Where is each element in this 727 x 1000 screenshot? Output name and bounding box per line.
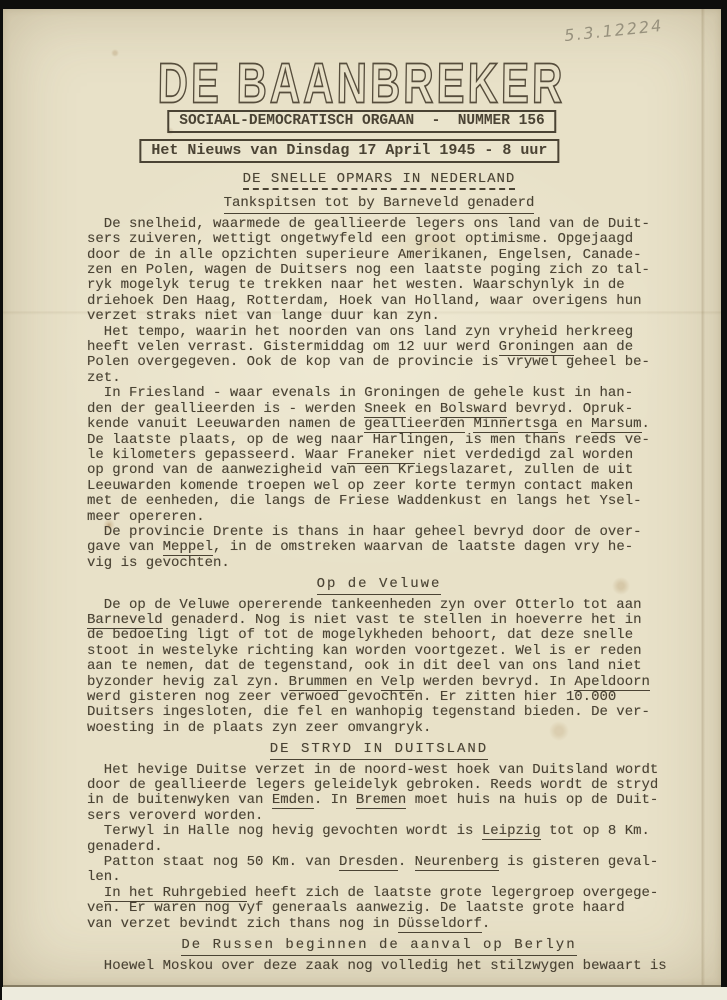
text-run: sers veroverd worden. bbox=[87, 808, 263, 824]
text-run: De provincie Drente is thans in haar geh… bbox=[87, 524, 642, 540]
text-line: op grond van de aanwezigheid van een Kri… bbox=[87, 463, 671, 478]
text-line: De op de Veluwe opererende tankeenheden … bbox=[87, 598, 671, 613]
text-line: kende vanuit Leeuwarden namen de geallie… bbox=[87, 417, 671, 432]
text-line: ryk mogelyk terug te trekken naar het we… bbox=[87, 278, 671, 293]
text-run: Terwyl in Halle nog hevig gevochten word… bbox=[87, 823, 482, 839]
text-line: stoot in westelyke richting kan worden v… bbox=[87, 644, 671, 659]
text-line: Leeuwarden komende troepen wel op zeer k… bbox=[87, 479, 671, 494]
text-run: Polen overgegeven. Ook de kop van de pro… bbox=[87, 354, 650, 370]
section-heading: Op de Veluwe bbox=[317, 577, 442, 594]
text-run: werden bevryd. In bbox=[415, 674, 575, 690]
text-run: verzet straks niet van lange duur kan zy… bbox=[87, 308, 440, 324]
text-run: sers zuiveren, wettigt ongetwyfeld een g… bbox=[87, 231, 633, 247]
text-run: . bbox=[482, 916, 490, 932]
text-run: len. bbox=[87, 869, 121, 885]
text-line: van verzet bevindt zich thans nog in Düs… bbox=[87, 917, 671, 932]
background-surface bbox=[2, 987, 727, 1000]
text-run: de bedoeling ligt of tot de mogelykheden… bbox=[87, 627, 633, 643]
text-run: DE SNELLE OPMARS IN NEDERLAND bbox=[243, 171, 516, 187]
text-line: Terwyl in Halle nog hevig gevochten word… bbox=[87, 824, 671, 839]
text-run: De op de Veluwe opererende tankeenheden … bbox=[87, 597, 642, 613]
text-line: in de buitenwyken van Emden. In Bremen m… bbox=[87, 793, 671, 808]
text-run: driehoek Den Haag, Rotterdam, Hoek van H… bbox=[87, 293, 642, 309]
section-heading: De Russen beginnen de aanval op Berlyn bbox=[181, 938, 576, 955]
underlined-term: Emden bbox=[272, 792, 314, 809]
text-run: aan te nemen, dat de tegenstand, ook in … bbox=[87, 658, 642, 674]
text-run: is gisteren geval- bbox=[499, 854, 659, 870]
paragraph: Patton staat nog 50 Km. van Dresden. Neu… bbox=[87, 855, 671, 886]
text-run: . bbox=[642, 416, 650, 432]
text-run: heeft zich de laatste grote legergroep o… bbox=[247, 885, 659, 901]
document-body: DE SNELLE OPMARS IN NEDERLANDTankspitsen… bbox=[87, 172, 671, 974]
text-line: verzet straks niet van lange duur kan zy… bbox=[87, 309, 671, 324]
paragraph: In Friesland - waar evenals in Groningen… bbox=[87, 386, 671, 525]
text-line: Het tempo, waarin het noorden van ons la… bbox=[87, 325, 671, 340]
text-line: De snelheid, waarmede de geallieerde leg… bbox=[87, 217, 671, 232]
text-run: . bbox=[398, 854, 415, 870]
text-run: van verzet bevindt zich thans nog in bbox=[87, 916, 398, 932]
text-run: DE STRYD IN DUITSLAND bbox=[270, 741, 488, 757]
paragraph: Terwyl in Halle nog hevig gevochten word… bbox=[87, 824, 671, 855]
text-line: meer opereren. bbox=[87, 510, 671, 525]
section-heading: DE SNELLE OPMARS IN NEDERLAND bbox=[243, 172, 516, 190]
text-line: sers zuiveren, wettigt ongetwyfeld een g… bbox=[87, 232, 671, 247]
text-run: moet huis na huis op de Duit- bbox=[406, 792, 658, 808]
text-line: de bedoeling ligt of tot de mogelykheden… bbox=[87, 628, 671, 643]
paragraph: Het tempo, waarin het noorden van ons la… bbox=[87, 325, 671, 387]
text-line: In het Ruhrgebied heeft zich de laatste … bbox=[87, 886, 671, 901]
text-run: De laatste plaats, op de weg naar Harlin… bbox=[87, 432, 650, 448]
text-run: den der geallieerden is - werden bbox=[87, 401, 364, 417]
text-line: Hoewel Moskou over deze zaak nog volledi… bbox=[87, 959, 671, 974]
text-run: De Russen beginnen de aanval op Berlyn bbox=[181, 937, 576, 953]
paragraph: Hoewel Moskou over deze zaak nog volledi… bbox=[87, 959, 671, 974]
text-line: len. bbox=[87, 870, 671, 885]
text-line: De laatste plaats, op de weg naar Harlin… bbox=[87, 433, 671, 448]
text-run: Hoewel Moskou over deze zaak nog volledi… bbox=[87, 958, 667, 974]
text-run: stoot in westelyke richting kan worden v… bbox=[87, 643, 642, 659]
text-line: woesting in de plaats zyn zeer omvangryk… bbox=[87, 721, 671, 736]
organ-number-box: SOCIAAL-DEMOCRATISCH ORGAAN - NUMMER 156 bbox=[167, 110, 556, 133]
text-run: in de buitenwyken van bbox=[87, 792, 272, 808]
text-run: zet. bbox=[87, 370, 121, 386]
text-run: zen en Polen, wagen de Duitsers nog een … bbox=[87, 262, 650, 278]
paragraph: Het hevige Duitse verzet in de noord-wes… bbox=[87, 763, 671, 825]
text-line: Patton staat nog 50 Km. van Dresden. Neu… bbox=[87, 855, 671, 870]
underlined-term: Düsseldorf bbox=[398, 916, 482, 933]
underlined-term: Neurenberg bbox=[415, 854, 499, 871]
photographed-page: 5.3.12224 DE BAANBREKER SOCIAAL-DEMOCRAT… bbox=[0, 0, 727, 1000]
text-run: heeft velen verrast. Gistermiddag om 12 … bbox=[87, 339, 499, 355]
text-run: kende vanuit Leeuwarden namen de bbox=[87, 416, 364, 432]
paragraph: De op de Veluwe opererende tankeenheden … bbox=[87, 598, 671, 737]
text-run: genaderd. bbox=[87, 839, 163, 855]
section-heading: Tankspitsen tot by Barneveld genaderd bbox=[224, 196, 535, 213]
text-run: tot op 8 Km. bbox=[541, 823, 650, 839]
text-line: zet. bbox=[87, 371, 671, 386]
text-line: aan te nemen, dat de tegenstand, ook in … bbox=[87, 659, 671, 674]
text-run: De snelheid, waarmede de geallieerde leg… bbox=[87, 216, 650, 232]
text-run bbox=[87, 885, 104, 901]
text-run: Duitsers ingesloten, die fel en wanhopig… bbox=[87, 704, 650, 720]
text-run: aan de bbox=[574, 339, 633, 355]
paragraph: In het Ruhrgebied heeft zich de laatste … bbox=[87, 886, 671, 932]
underlined-term: Leipzig bbox=[482, 823, 541, 840]
text-line: sers veroverd worden. bbox=[87, 809, 671, 824]
text-line: door de in alle opzichten superieure Ame… bbox=[87, 248, 671, 263]
text-run: In Friesland - waar evenals in Groningen… bbox=[87, 385, 633, 401]
text-run: woesting in de plaats zyn zeer omvangryk… bbox=[87, 720, 431, 736]
paragraph: De snelheid, waarmede de geallieerde leg… bbox=[87, 217, 671, 325]
text-line: Duitsers ingesloten, die fel en wanhopig… bbox=[87, 705, 671, 720]
text-run: op grond van de aanwezigheid van een Kri… bbox=[87, 462, 633, 478]
text-line: gave van Meppel, in de omstreken waarvan… bbox=[87, 540, 671, 555]
text-line: ven. Er waren nog vyf generaals aanwezig… bbox=[87, 901, 671, 916]
text-line: met de eenheden, die langs de Friese Wad… bbox=[87, 494, 671, 509]
underlined-term: Bremen bbox=[356, 792, 406, 809]
text-run: en bbox=[406, 401, 440, 417]
text-run: . In bbox=[314, 792, 356, 808]
text-run: ryk mogelyk terug te trekken naar het we… bbox=[87, 277, 625, 293]
date-edition-box: Het Nieuws van Dinsdag 17 April 1945 - 8… bbox=[139, 139, 559, 163]
text-run: meer opereren. bbox=[87, 509, 205, 525]
text-run: Tankspitsen tot by Barneveld genaderd bbox=[224, 195, 535, 211]
text-run: en bbox=[558, 416, 592, 432]
text-line: driehoek Den Haag, Rotterdam, Hoek van H… bbox=[87, 294, 671, 309]
text-run: door de in alle opzichten superieure Ame… bbox=[87, 247, 642, 263]
newspaper-sheet: 5.3.12224 DE BAANBREKER SOCIAAL-DEMOCRAT… bbox=[3, 9, 721, 987]
text-run: en bbox=[347, 674, 381, 690]
text-run: genaderd. Nog is niet vast te stellen in… bbox=[163, 612, 642, 628]
text-run: byzonder hevig zal zyn. bbox=[87, 674, 289, 690]
text-run: vig is gevochten. bbox=[87, 555, 230, 571]
text-run: Op de Veluwe bbox=[317, 576, 442, 592]
text-line: vig is gevochten. bbox=[87, 556, 671, 571]
text-run: door de geallieerde legers geleidelyk ge… bbox=[87, 777, 658, 793]
text-line: Het hevige Duitse verzet in de noord-wes… bbox=[87, 763, 671, 778]
underlined-term: Dresden bbox=[339, 854, 398, 871]
text-line: byzonder hevig zal zyn. Brummen en Velp … bbox=[87, 675, 671, 690]
text-run: Leeuwarden komende troepen wel op zeer k… bbox=[87, 478, 633, 494]
text-line: den der geallieerden is - werden Sneek e… bbox=[87, 402, 671, 417]
text-run: ven. Er waren nog vyf generaals aanwezig… bbox=[87, 900, 625, 916]
newspaper-title: DE BAANBREKER bbox=[157, 55, 565, 112]
text-run: le kilometers gepasseerd. Waar bbox=[87, 447, 347, 463]
text-run: Het tempo, waarin het noorden van ons la… bbox=[87, 324, 633, 340]
text-line: In Friesland - waar evenals in Groningen… bbox=[87, 386, 671, 401]
text-run: met de eenheden, die langs de Friese Wad… bbox=[87, 493, 642, 509]
text-run: Het hevige Duitse verzet in de noord-wes… bbox=[87, 762, 658, 778]
text-run: gave van bbox=[87, 539, 163, 555]
text-line: le kilometers gepasseerd. Waar Franeker … bbox=[87, 448, 671, 463]
section-heading: DE STRYD IN DUITSLAND bbox=[270, 742, 488, 759]
text-line: Polen overgegeven. Ook de kop van de pro… bbox=[87, 355, 671, 370]
text-run: niet verdedigd zal worden bbox=[415, 447, 633, 463]
text-run: werd gisteren nog zeer verwoed gevochten… bbox=[87, 689, 616, 705]
text-run: bevryd. Opruk- bbox=[507, 401, 633, 417]
paragraph: De provincie Drente is thans in haar geh… bbox=[87, 525, 671, 571]
text-line: genaderd. bbox=[87, 840, 671, 855]
masthead: DE BAANBREKER SOCIAAL-DEMOCRATISCH ORGAA… bbox=[3, 9, 721, 97]
text-run: Patton staat nog 50 Km. van bbox=[87, 854, 339, 870]
text-run: , in de omstreken waarvan de laatste dag… bbox=[213, 539, 633, 555]
